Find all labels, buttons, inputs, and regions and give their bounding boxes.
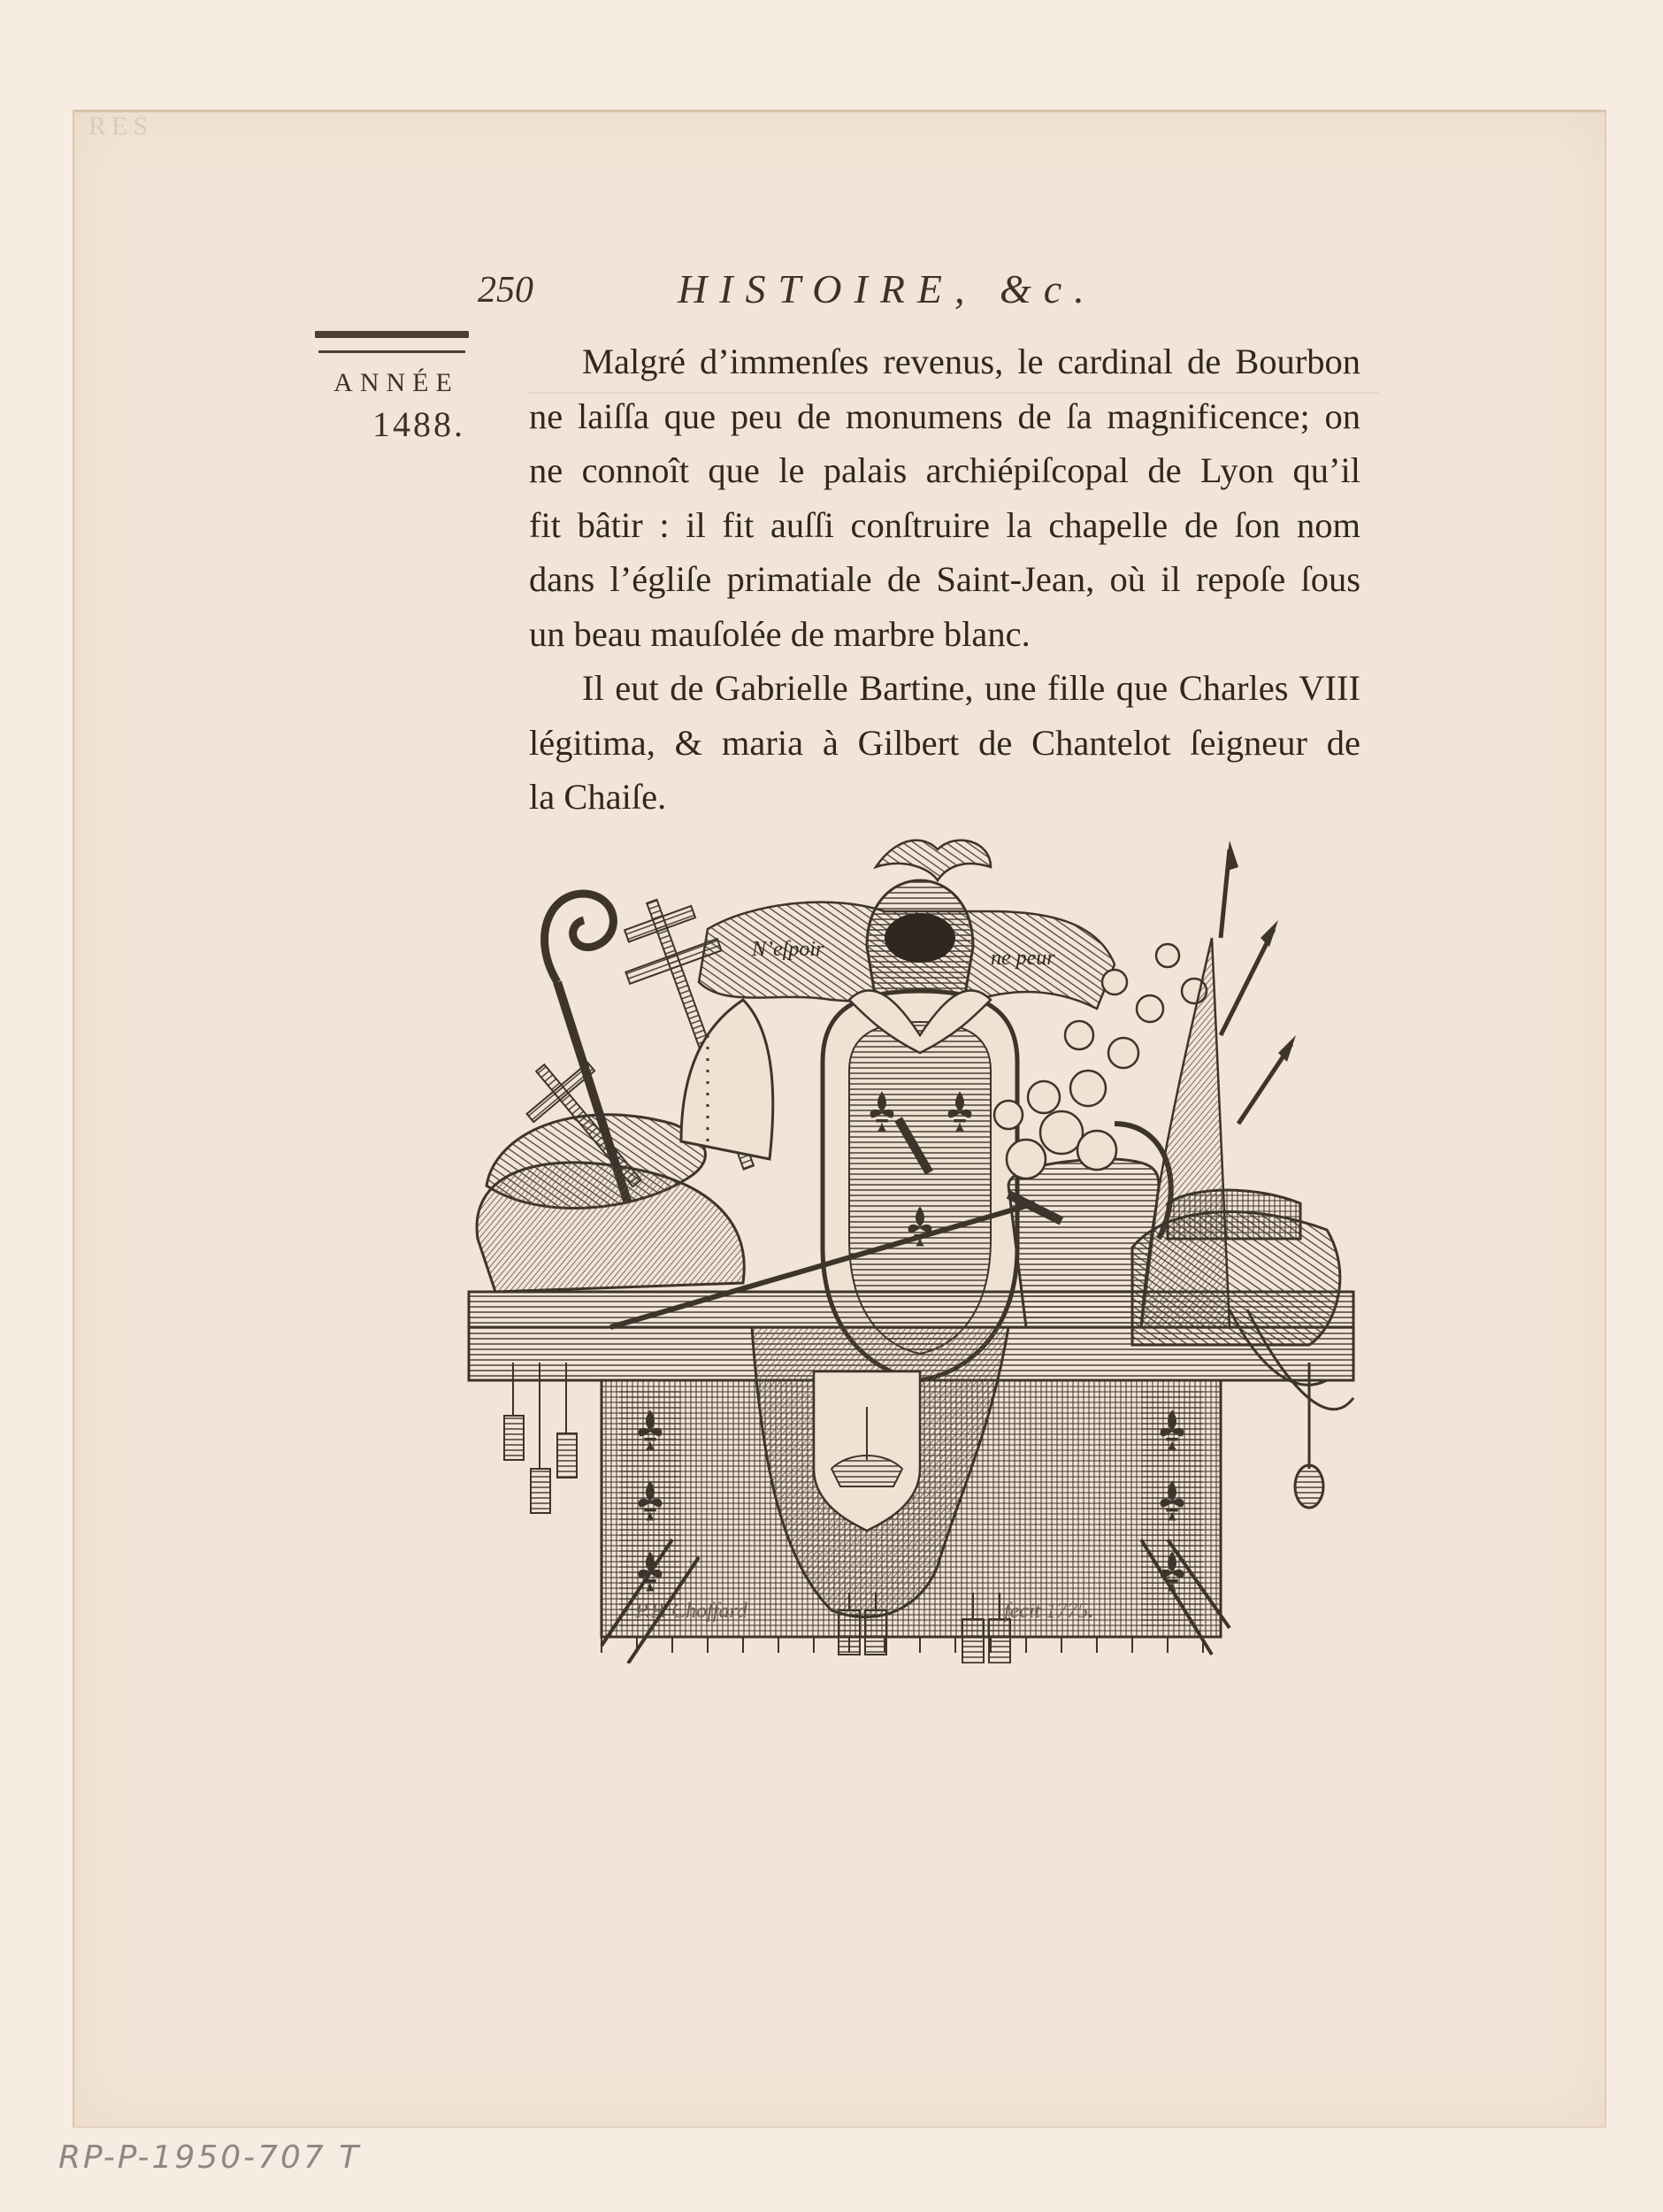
text-line: un beau mauſolée de marbre blanc.	[529, 607, 1360, 662]
cushion	[477, 1163, 744, 1292]
text-line: Malgré d’immenſes revenus, le cardinal d…	[529, 334, 1360, 389]
catalog-number: RP-P-1950-707 T	[58, 2139, 361, 2176]
text-line: la Chaiſe.	[529, 770, 1360, 825]
text-line: fit bâtir : il fit auſſi conſtruire la c…	[529, 498, 1360, 553]
margin-rule-thick	[315, 331, 469, 338]
text-line: ne laiſſa que peu de monumens de ſa magn…	[529, 389, 1360, 444]
running-title: HISTOIRE, &c.	[678, 265, 1097, 312]
text-line: ne connoît que le palais archiépiſcopal …	[529, 443, 1360, 498]
helmet-icon	[867, 880, 973, 1000]
engraved-vignette: N’eſpoir ne peur	[460, 832, 1371, 1663]
page-number: 250	[478, 269, 533, 311]
text-line: Il eut de Gabrielle Bartine, une fille q…	[529, 661, 1360, 716]
engraver-signature: P.P. Choffard	[635, 1600, 747, 1624]
banner-motto-left: N’eſpoir	[751, 938, 824, 961]
engraving-date: fecit 1775.	[1004, 1600, 1093, 1624]
margin-note-label: ANNÉE	[318, 368, 474, 398]
text-line: dans l’égliſe primatiale de Saint-Jean, …	[529, 552, 1360, 607]
margin-rule-thin	[318, 350, 465, 353]
banner-motto-right: ne peur	[991, 947, 1055, 970]
body-text: Malgré d’immenſes revenus, le cardinal d…	[529, 334, 1360, 825]
tassels-left	[504, 1363, 577, 1513]
eagle-crest-icon	[876, 841, 991, 880]
text-line: légitima, & maria à Gilbert de Chantelot…	[529, 716, 1360, 771]
margin-note-year: 1488.	[310, 403, 465, 445]
faint-offset-mark: RES	[88, 111, 153, 142]
running-head: 250 HISTOIRE, &c.	[478, 265, 1371, 319]
